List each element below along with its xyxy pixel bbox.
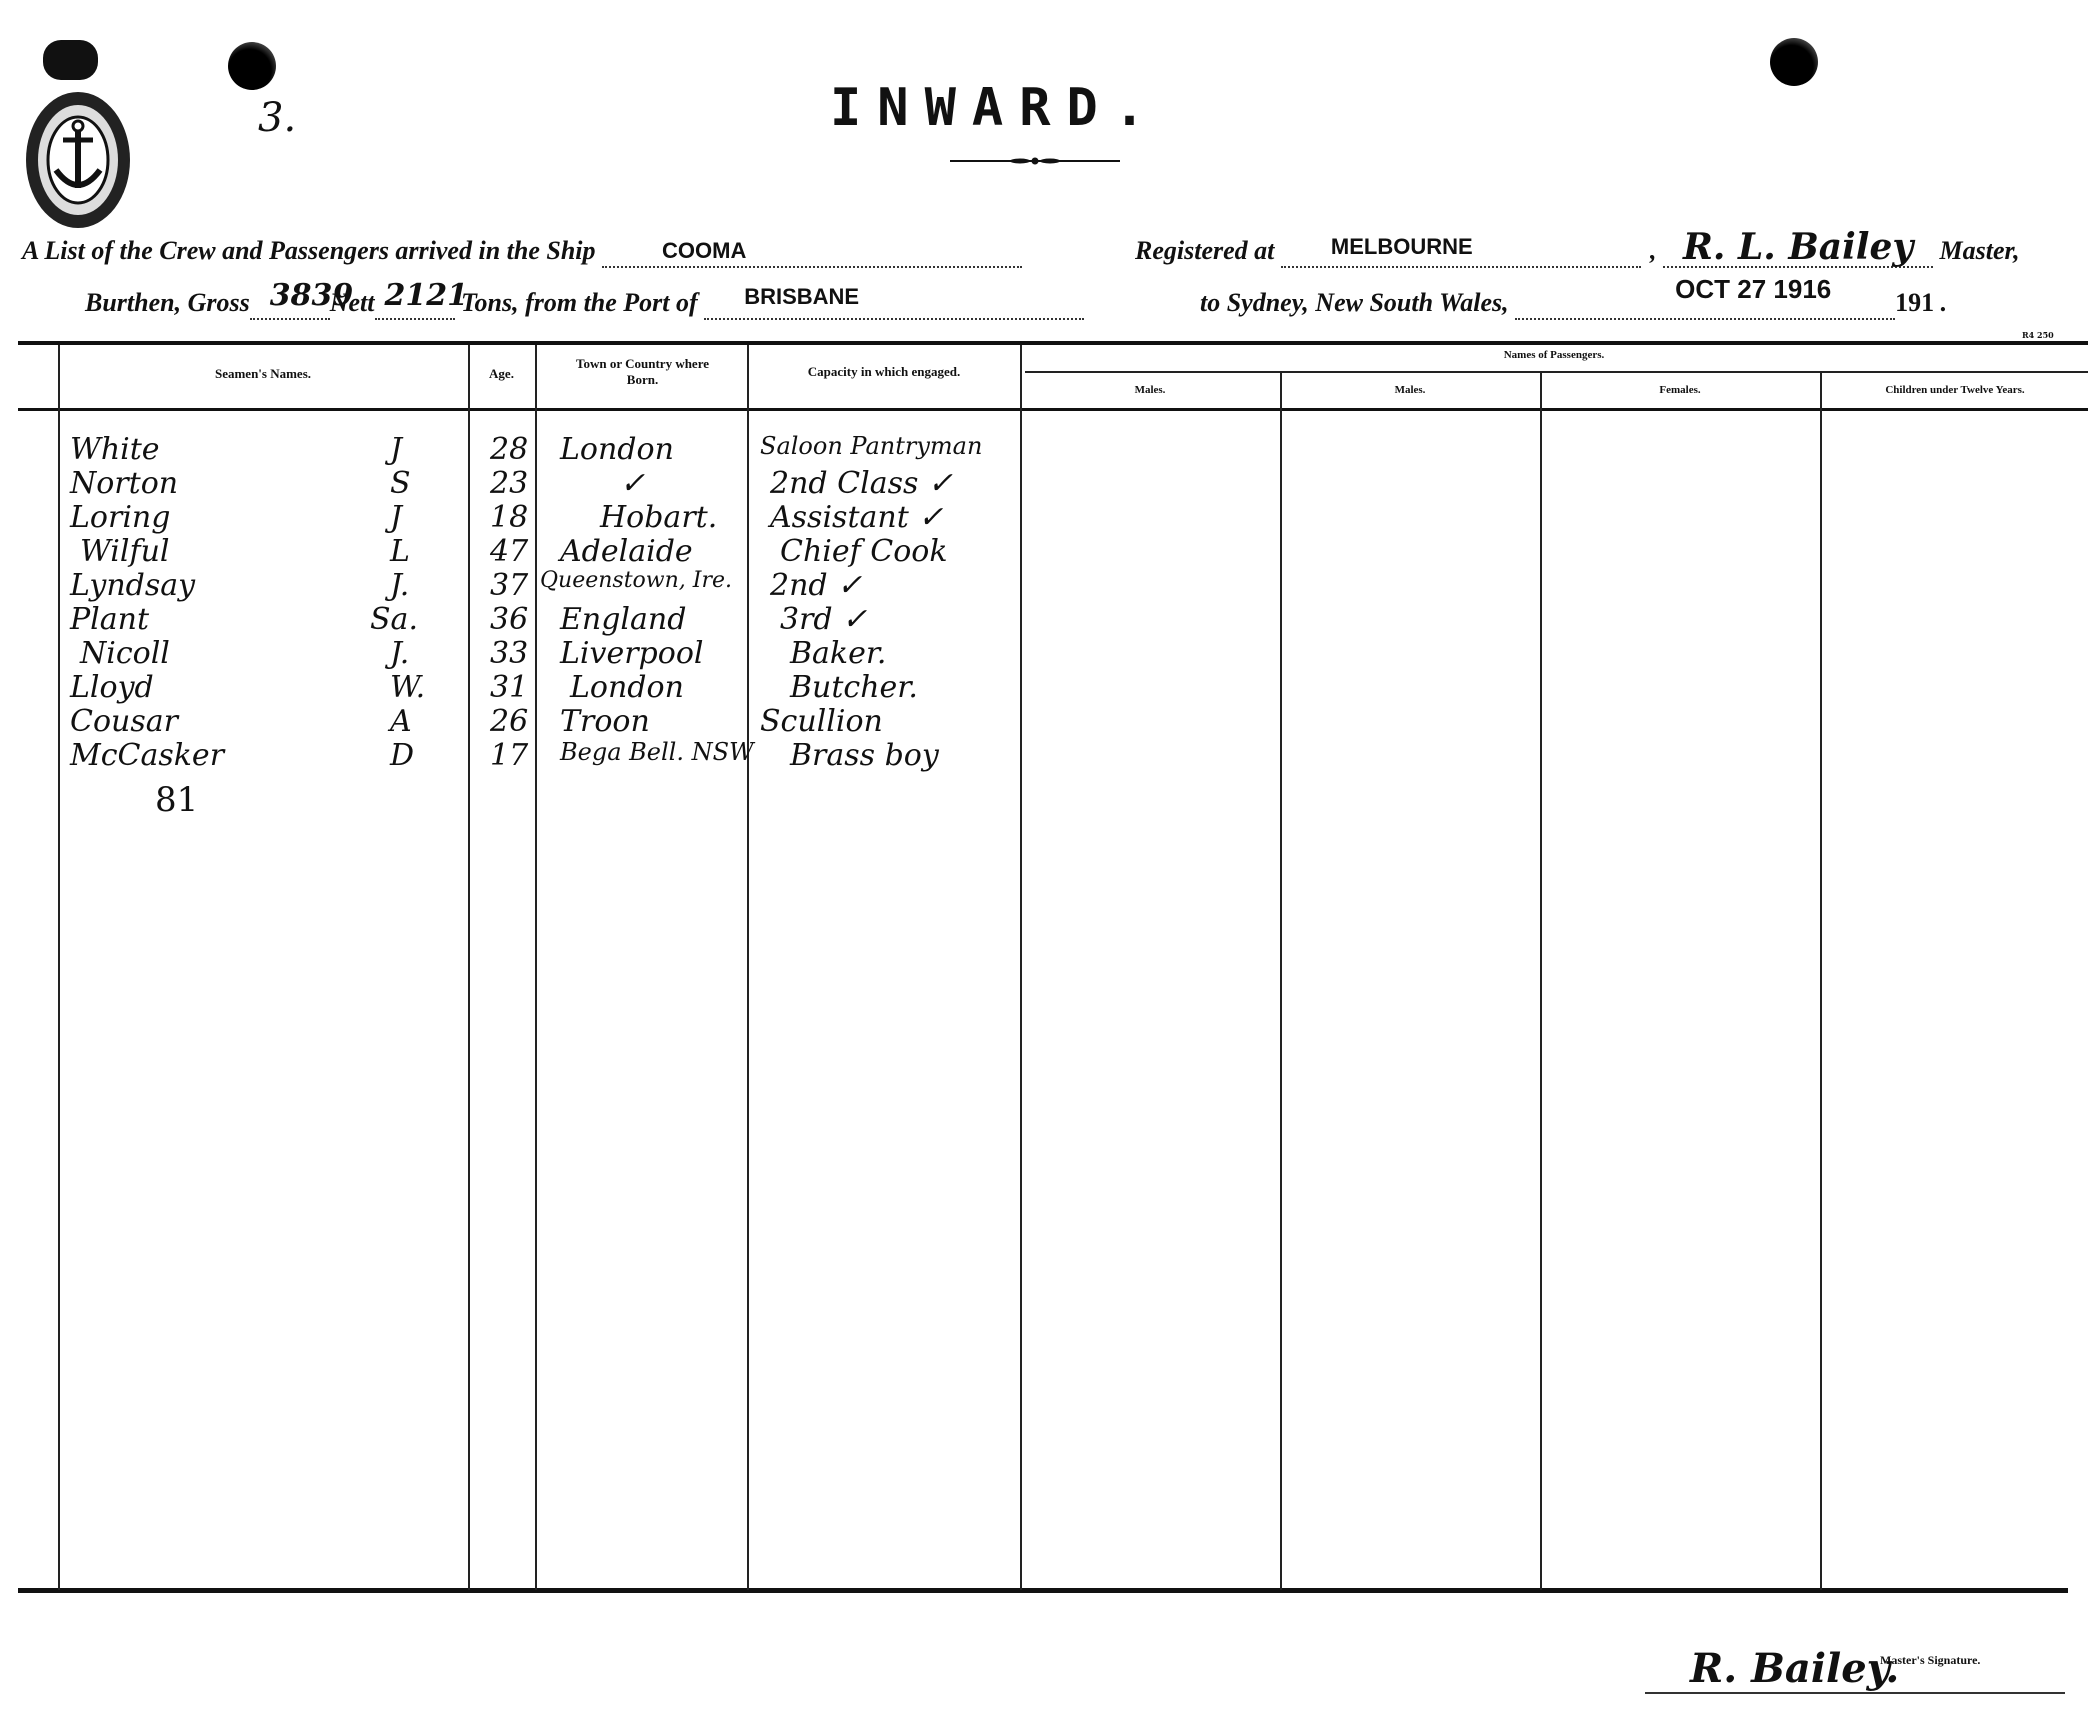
- gross-tons: 3839: [250, 288, 330, 320]
- from-port-field: BRISBANE: [704, 288, 1084, 320]
- anchor-seal: [18, 40, 148, 230]
- signature-line: R. Bailey.: [1645, 1645, 2065, 1694]
- table-row: Plant Sa. 36 England 3rd ✓: [60, 602, 1060, 635]
- master-signature: R. Bailey.: [1690, 1645, 1899, 1692]
- col-seamens-names: Seamen's Names.: [60, 366, 466, 382]
- title-ornament: [950, 150, 1120, 158]
- col-divider: [1540, 373, 1542, 1590]
- col-males-1: Males.: [1022, 384, 1278, 396]
- page-number: 3.: [258, 95, 296, 141]
- table-row: Norton S 23 ✓ 2nd Class ✓: [60, 466, 1060, 499]
- ship-name-field: COOMA: [602, 236, 1022, 268]
- col-passengers-group: Names of Passengers.: [1020, 349, 2088, 361]
- signature-label: Master's Signature.: [1880, 1653, 1980, 1668]
- col-females: Females.: [1542, 384, 1818, 396]
- col-divider: [1820, 373, 1822, 1590]
- table-row: Lyndsay J. 37 Queenstown, Ire. 2nd ✓: [60, 568, 1060, 601]
- punch-hole: [1770, 38, 1818, 86]
- col-age: Age.: [470, 366, 533, 382]
- total-note: 81: [155, 780, 198, 820]
- col-capacity: Capacity in which engaged.: [750, 364, 1018, 380]
- header-line-2: Burthen, Gross3839 Nett2121 Tons, from t…: [85, 288, 1084, 320]
- registered-field: Registered at MELBOURNE: [1135, 236, 1641, 268]
- table-row: Wilful L 47 Adelaide Chief Cook: [60, 534, 1060, 567]
- page-title: INWARD.: [830, 78, 1161, 138]
- nett-tons: 2121: [375, 288, 455, 320]
- table-row: McCasker D 17 Bega Bell. NSW Brass boy: [60, 738, 1060, 771]
- table-row: Lloyd W. 31 London Butcher.: [60, 670, 1060, 703]
- passengers-subrule: [1025, 371, 2088, 373]
- header-line-1: A List of the Crew and Passengers arrive…: [22, 236, 1022, 268]
- table-row: White J 28 London Saloon Pantryman: [60, 432, 1060, 465]
- master-field: , R. L. Bailey Master,: [1650, 236, 2020, 268]
- date-field: to Sydney, New South Wales, OCT 27 1916 …: [1200, 288, 1947, 320]
- col-males-2: Males.: [1282, 384, 1538, 396]
- table-top-rule: [18, 341, 2088, 345]
- form-code: R4 250: [2022, 330, 2054, 340]
- table-bottom-rule: [18, 1588, 2068, 1593]
- header-bottom-rule: [18, 408, 2088, 411]
- punch-hole: [228, 42, 276, 90]
- col-children: Children under Twelve Years.: [1822, 384, 2088, 396]
- table-row: Nicoll J. 33 Liverpool Baker.: [60, 636, 1060, 669]
- col-born: Town or Country where Born.: [560, 356, 725, 388]
- table-row: Cousar A 26 Troon Scullion: [60, 704, 1060, 737]
- col-divider: [1280, 373, 1282, 1590]
- table-row: Loring J 18 Hobart. Assistant ✓: [60, 500, 1060, 533]
